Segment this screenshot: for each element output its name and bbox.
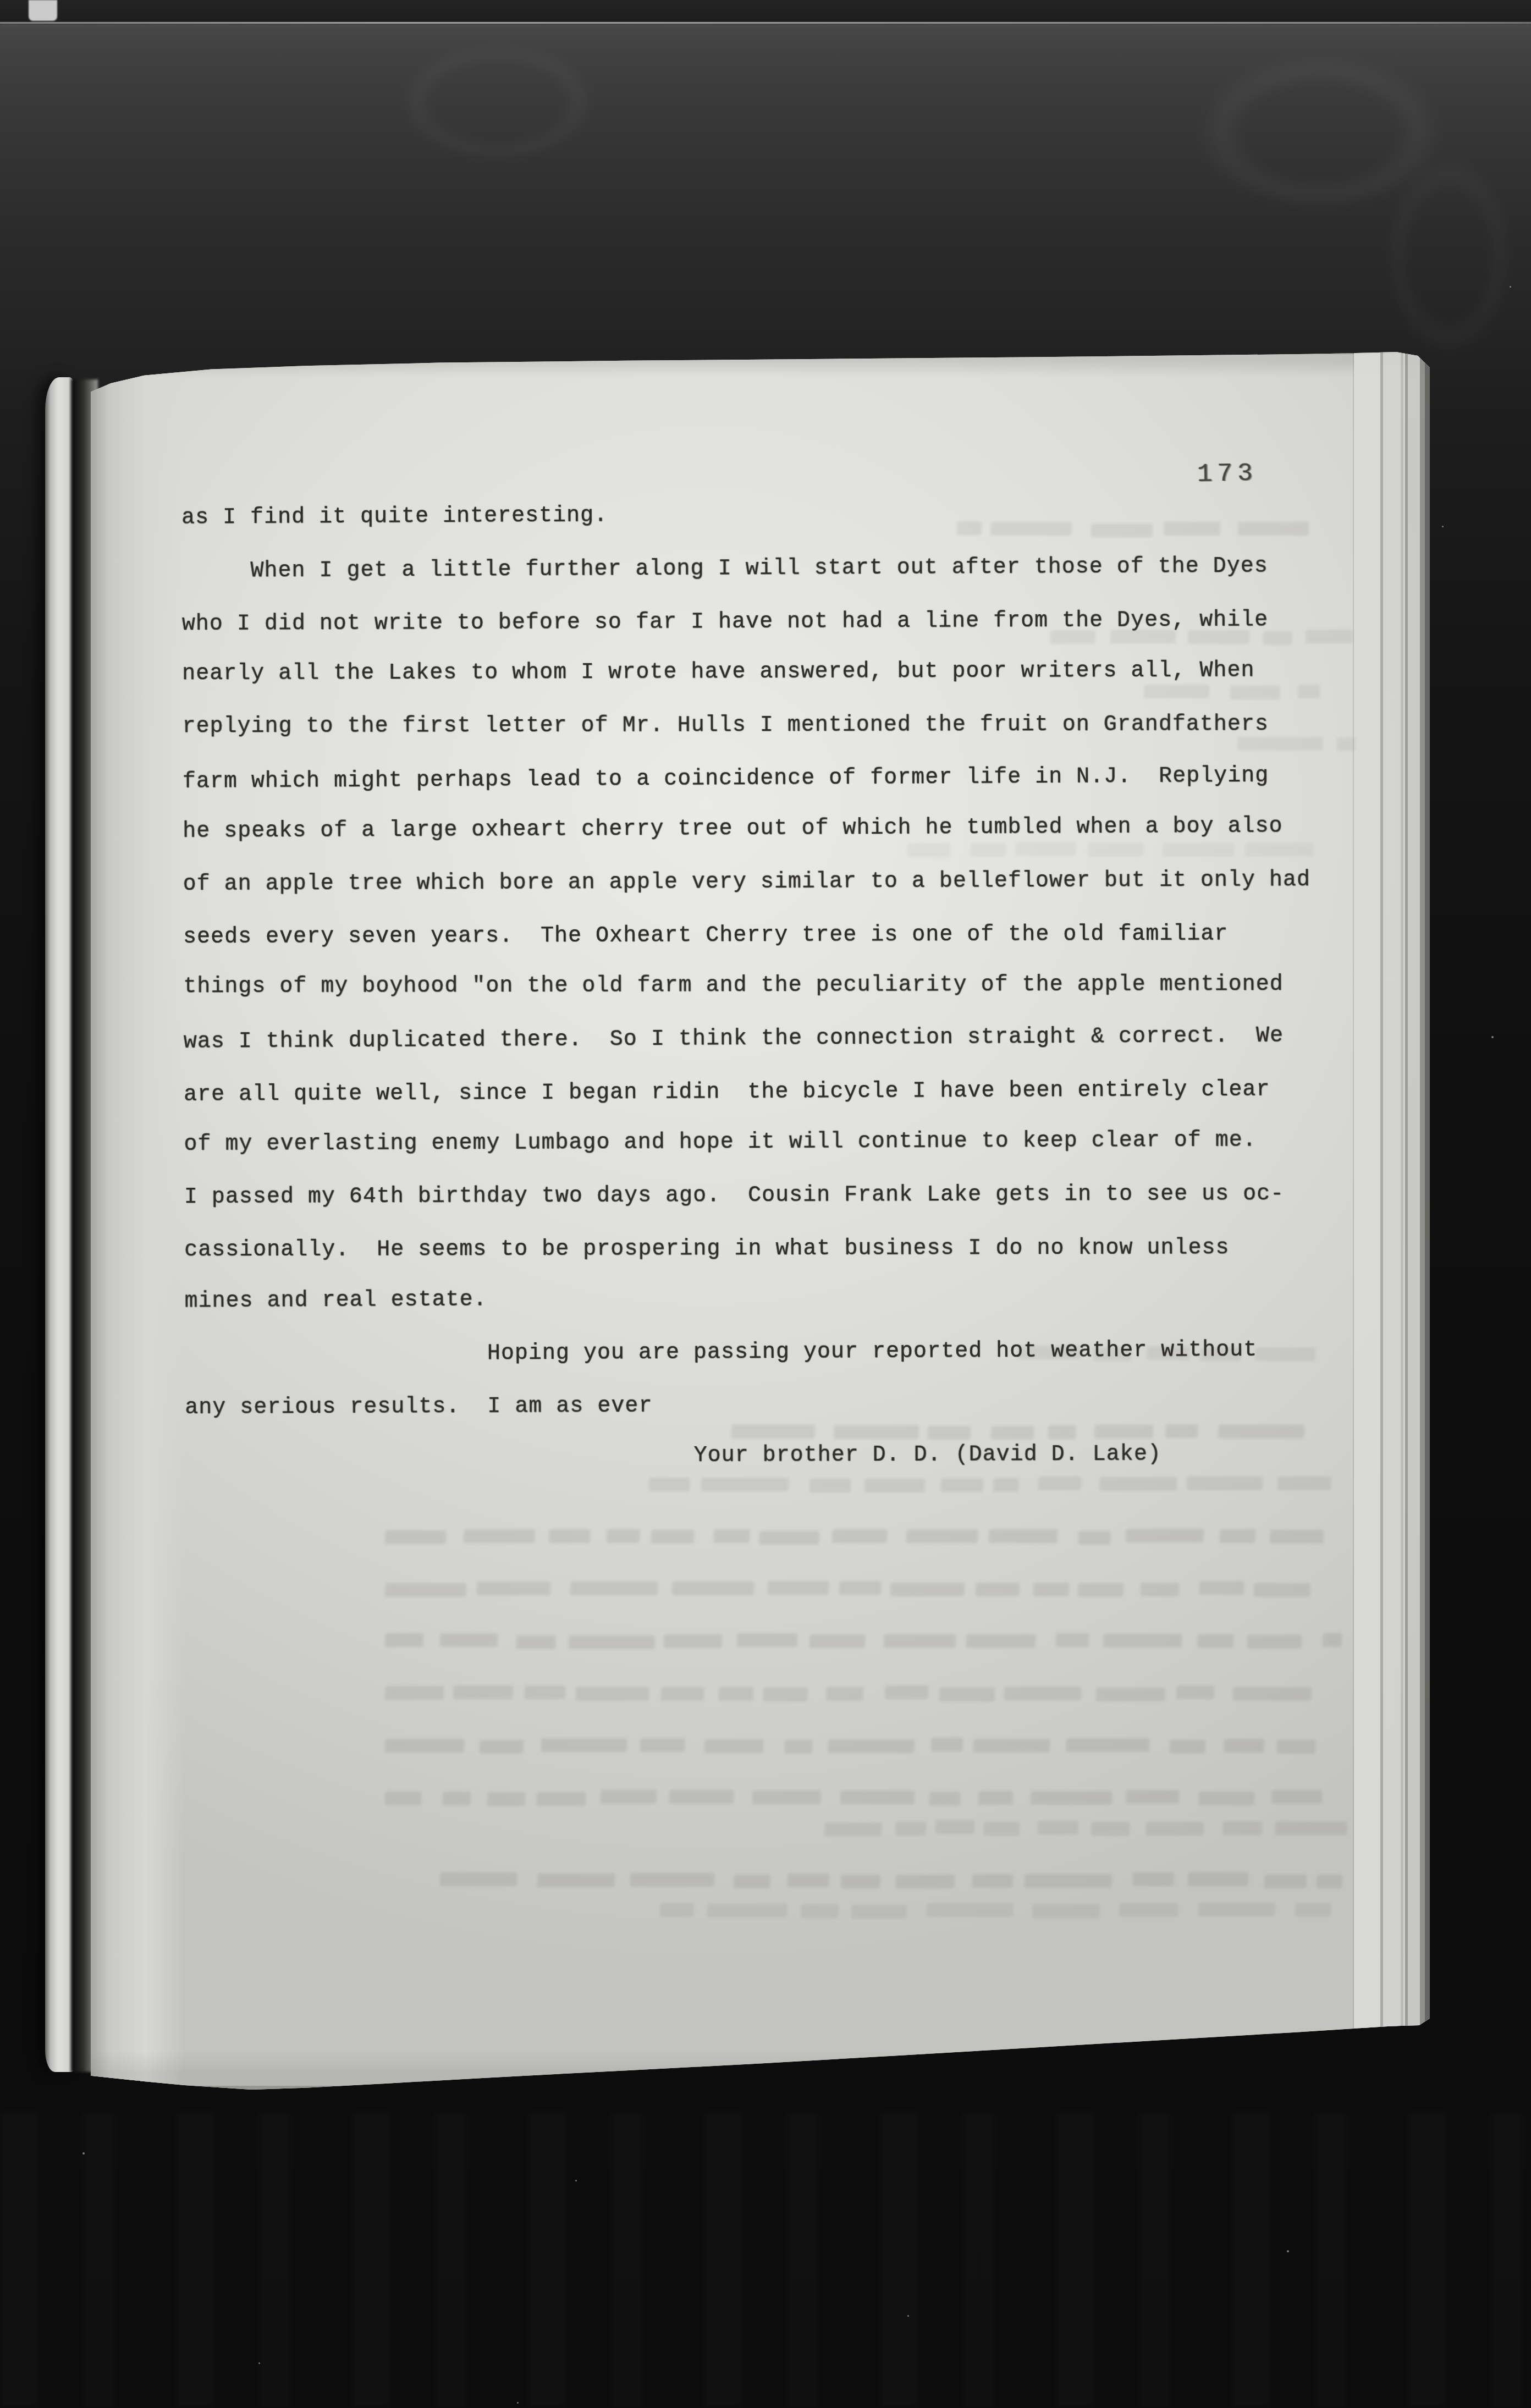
- letter-line: he speaks of a large oxheart cherry tree…: [183, 813, 1283, 845]
- book-page: 173 as I find it quite interesting.When …: [91, 352, 1430, 2090]
- dust-speck: [212, 687, 213, 688]
- dust-speck: [517, 2402, 519, 2404]
- dust-speck: [1510, 286, 1511, 288]
- film-bottom-texture: [0, 2112, 1531, 2408]
- dust-speck: [82, 2152, 85, 2154]
- dust-speck: [907, 2315, 909, 2317]
- film-texture-swirl: [379, 30, 616, 173]
- dust-speck: [1442, 526, 1444, 527]
- letter-line: of my everlasting enemy Lumbago and hope…: [184, 1127, 1256, 1158]
- letter-line: Your brother D. D. (David D. Lake): [694, 1442, 1161, 1470]
- letter-line: When I get a little further along I will…: [250, 554, 1268, 585]
- dust-speck: [575, 2180, 577, 2181]
- film-corner-blot: [29, 0, 57, 21]
- letter-line: I passed my 64th birthday two days ago. …: [184, 1181, 1284, 1211]
- film-texture-swirl: [1375, 137, 1523, 374]
- dust-speck: [1287, 2250, 1289, 2252]
- letter-line: are all quite well, since I began ridin …: [184, 1077, 1270, 1109]
- book-left-page-edge: [45, 377, 75, 2072]
- letter-line: of an apple tree which bore an apple ver…: [183, 867, 1310, 898]
- film-scratch-line: [0, 22, 1531, 24]
- letter-line: seeds every seven years. The Oxheart Che…: [183, 922, 1228, 951]
- letter-line: who I did not write to before so far I h…: [182, 607, 1268, 638]
- letter-line: any serious results. I am as ever: [185, 1393, 652, 1421]
- letter-line: as I find it quite interesting.: [181, 503, 608, 531]
- letter-body: as I find it quite interesting.When I ge…: [90, 347, 1436, 2090]
- letter-line: mines and real estate.: [184, 1287, 487, 1315]
- microfilm-scan-background: 173 as I find it quite interesting.When …: [0, 0, 1531, 2408]
- letter-line: things of my boyhood "on the old farm an…: [183, 972, 1283, 1000]
- letter-line: replying to the first letter of Mr. Hull…: [182, 712, 1268, 740]
- dust-speck: [1491, 1036, 1494, 1038]
- letter-line: was I think duplicated there. So I think…: [184, 1023, 1284, 1056]
- letter-line: nearly all the Lakes to whom I wrote hav…: [182, 658, 1254, 687]
- letter-line: Hoping you are passing your reported hot…: [487, 1337, 1257, 1368]
- letter-line: farm which might perhaps lead to a coinc…: [183, 763, 1269, 796]
- letter-line: cassionally. He seems to be prospering i…: [184, 1235, 1229, 1264]
- dust-speck: [258, 2362, 260, 2364]
